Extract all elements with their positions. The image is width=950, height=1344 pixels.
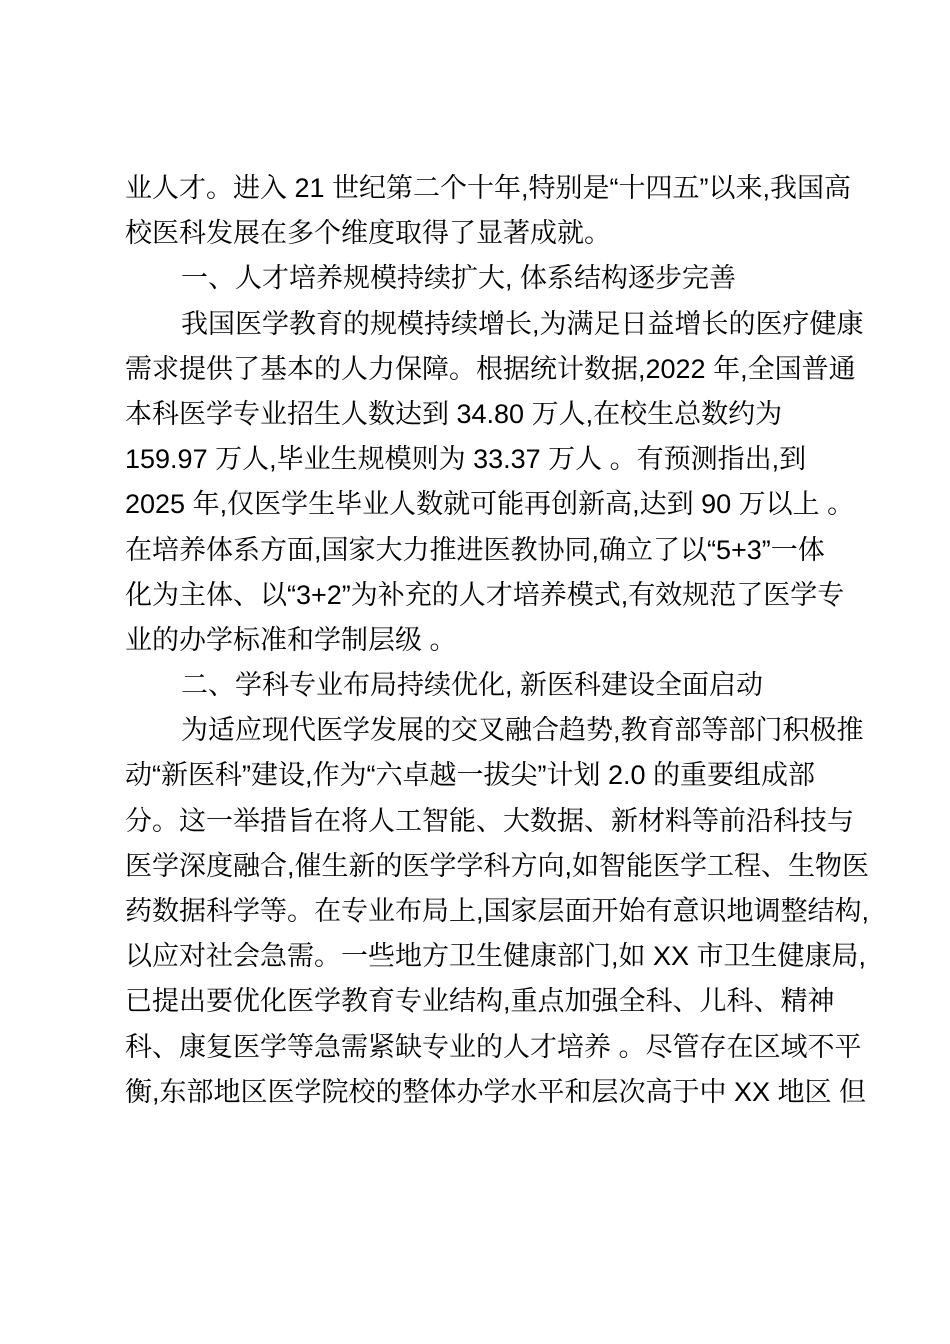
text-line: 以应对社会急需。一些地方卫生健康部门,如 XX 市卫生健康局, [125,934,841,979]
text-line: 159.97 万人,毕业生规模则为 33.37 万人 。有预测指出,到 [125,437,841,482]
text-line: 化为主体、以“3+2”为补充的人才培养模式,有效规范了医学专 [125,573,841,618]
text-line: 已提出要优化医学教育专业结构,重点加强全科、儿科、精神 [125,979,841,1024]
text-line: 医学深度融合,催生新的医学学科方向,如智能医学工程、生物医 [125,844,841,889]
text-line: 我国医学教育的规模持续增长,为满足日益增长的医疗健康 [125,302,841,347]
text-line: 2025 年,仅医学生毕业人数就可能再创新高,达到 90 万以上 。 [125,482,841,527]
text-line: 动“新医科”建设,作为“六卓越一拔尖”计划 2.0 的重要组成部 [125,753,841,798]
text-line: 一、人才培养规模持续扩大, 体系结构逐步完善 [125,256,841,301]
text-line: 业人才。进入 21 世纪第二个十年,特别是“十四五”以来,我国高 [125,166,841,211]
text-line: 业的办学标准和学制层级 。 [125,618,841,663]
document-text-block: 业人才。进入 21 世纪第二个十年,特别是“十四五”以来,我国高校医科发展在多个… [125,166,841,1115]
text-line: 本科医学专业招生人数达到 34.80 万人,在校生总数约为 [125,392,841,437]
text-line: 二、学科专业布局持续优化, 新医科建设全面启动 [125,663,841,708]
text-line: 需求提供了基本的人力保障。根据统计数据,2022 年,全国普通 [125,347,841,392]
text-line: 在培养体系方面,国家大力推进医教协同,确立了以“5+3”一体 [125,528,841,573]
document-page: 业人才。进入 21 世纪第二个十年,特别是“十四五”以来,我国高校医科发展在多个… [0,0,950,1344]
text-line: 分。这一举措旨在将人工智能、大数据、新材料等前沿科技与 [125,799,841,844]
text-line: 衡,东部地区医学院校的整体办学水平和层次高于中 XX 地区 但 [125,1070,841,1115]
text-line: 为适应现代医学发展的交叉融合趋势,教育部等部门积极推 [125,708,841,753]
text-line: 药数据科学等。在专业布局上,国家层面开始有意识地调整结构, [125,889,841,934]
text-line: 校医科发展在多个维度取得了显著成就。 [125,211,841,256]
text-line: 科、康复医学等急需紧缺专业的人才培养 。尽管存在区域不平 [125,1025,841,1070]
